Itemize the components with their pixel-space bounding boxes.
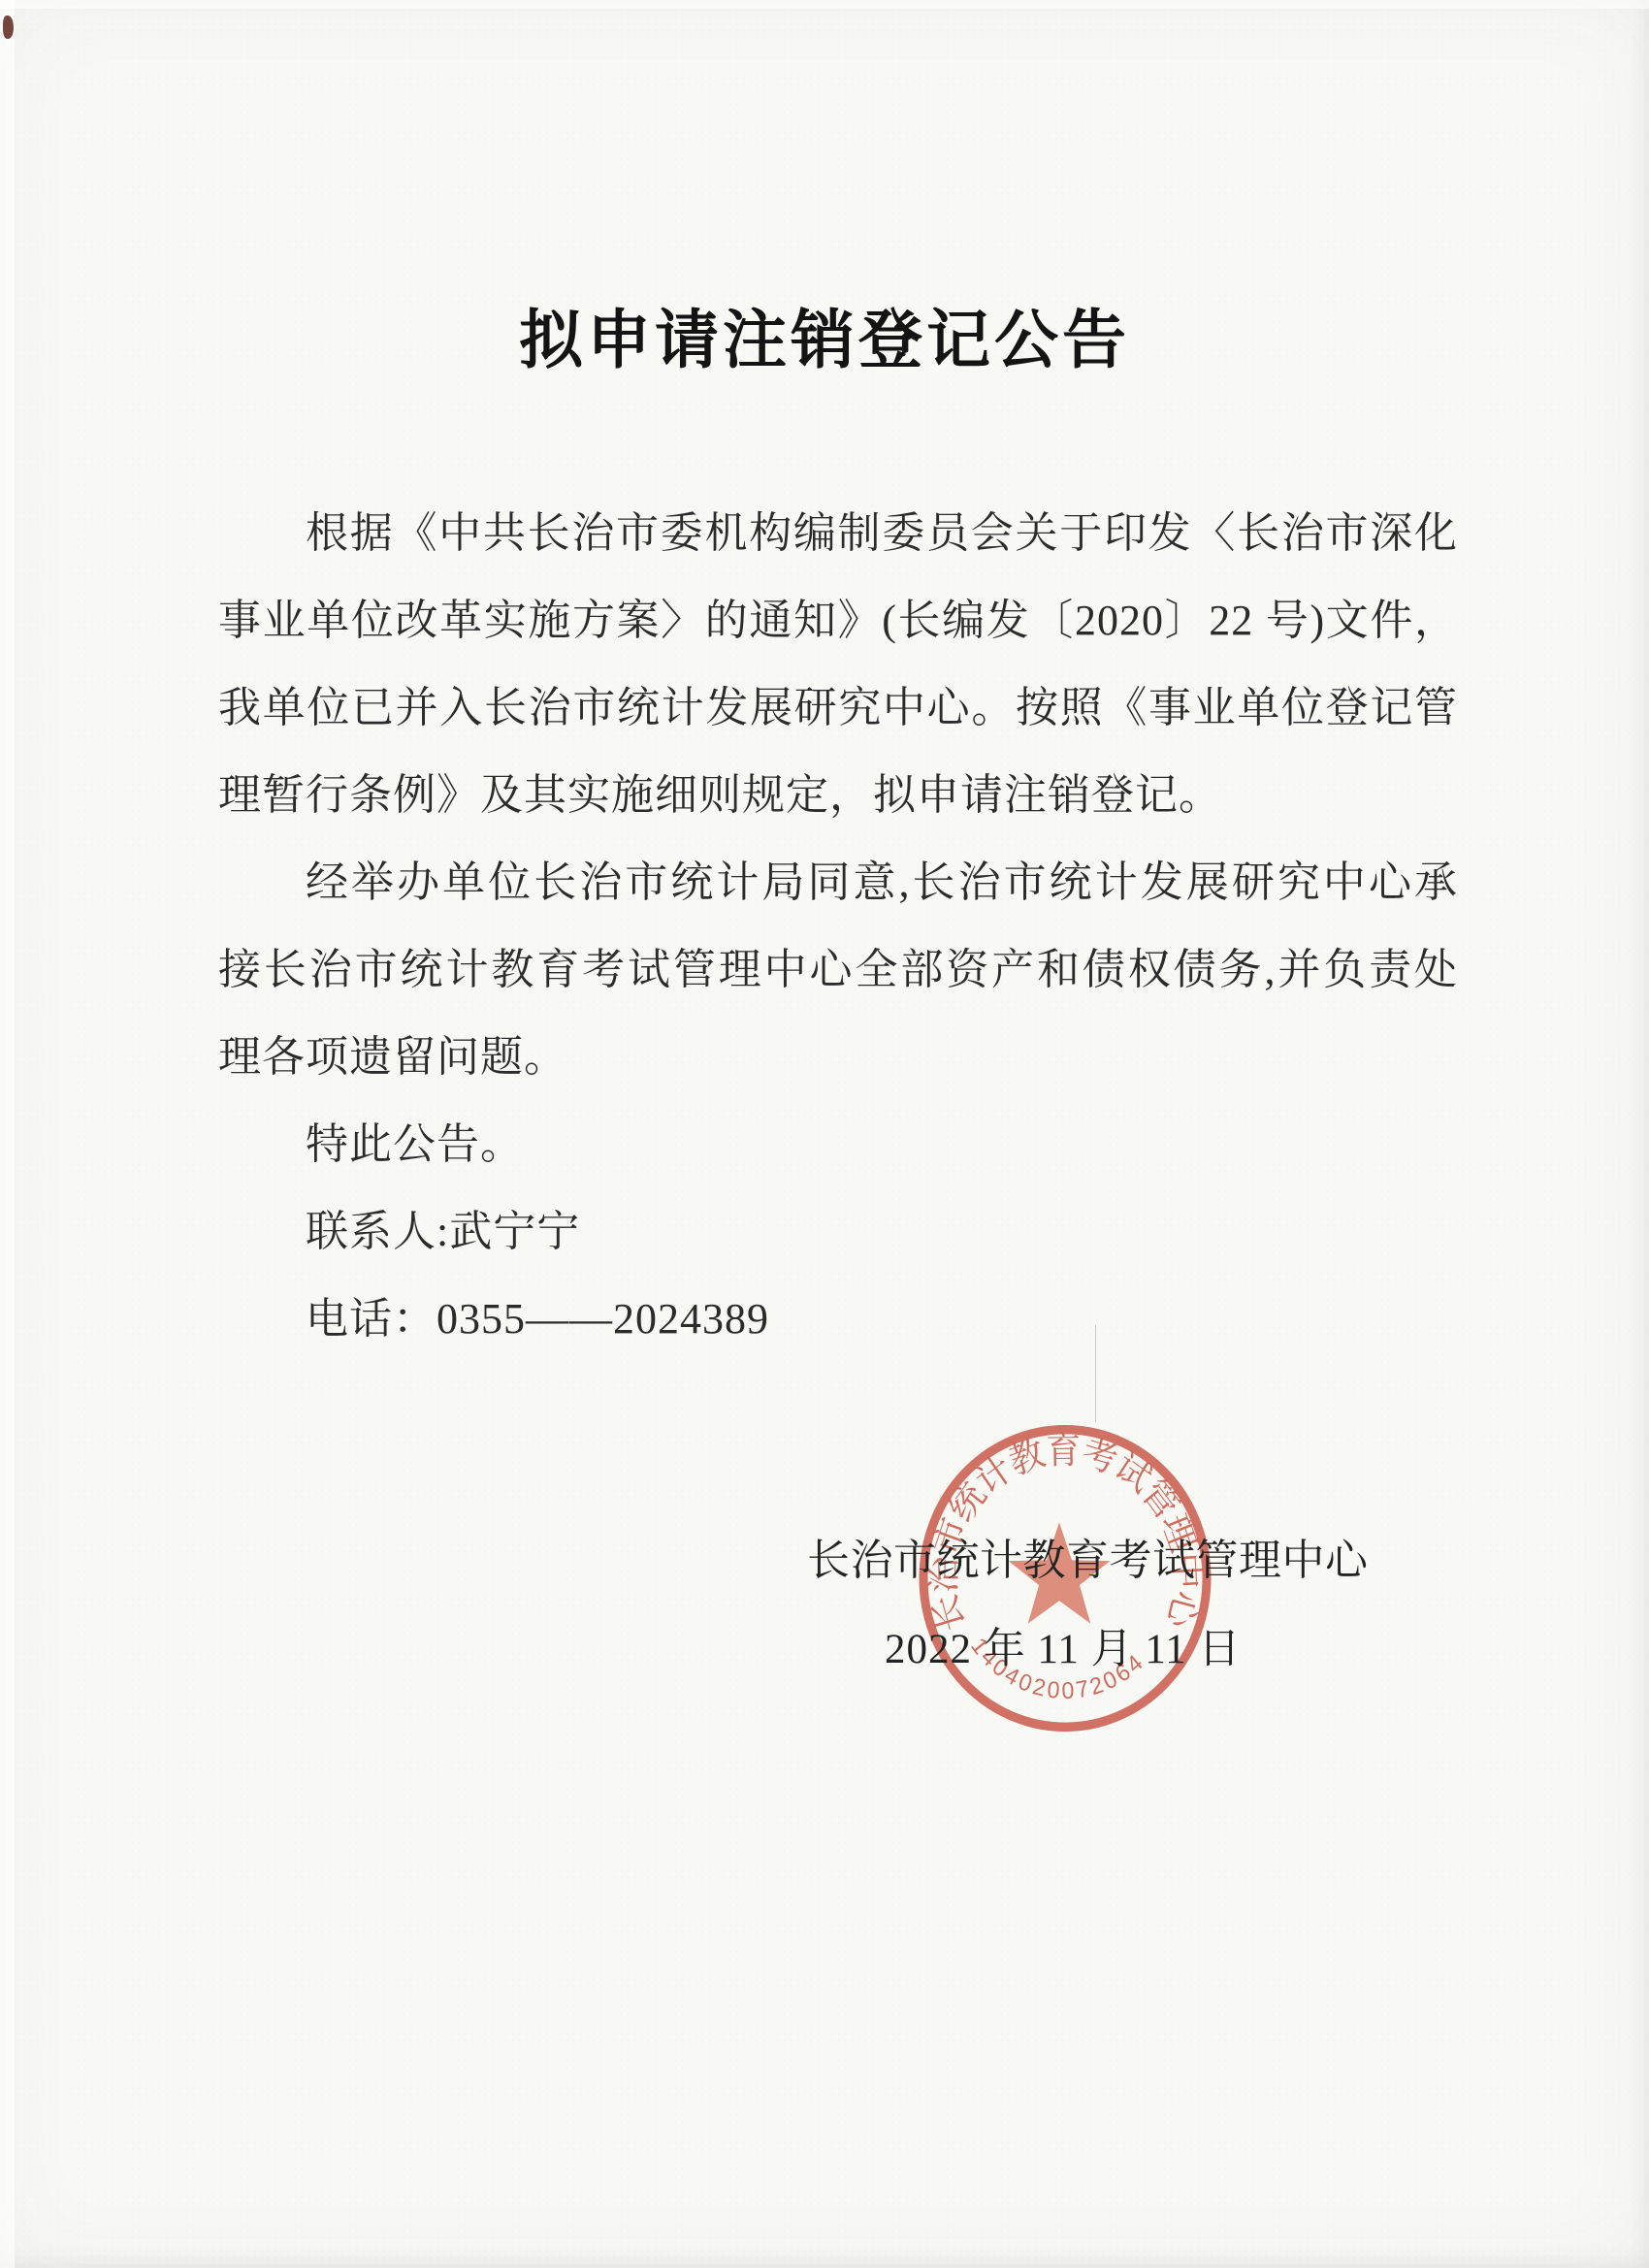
body-line: 特此公告。 [218, 1101, 1458, 1188]
document-body: 根据《中共长治市委机构编制委员会关于印发〈长治市深化 事业单位改革实施方案〉的通… [218, 490, 1458, 1363]
body-line: 接长治市统计教育考试管理中心全部资产和债权债务,并负责处 [218, 926, 1458, 1014]
body-line: 我单位已并入长治市统计发展研究中心。按照《事业单位登记管 [218, 664, 1458, 752]
body-line: 根据《中共长治市委机构编制委员会关于印发〈长治市深化 [218, 490, 1458, 577]
signature-org-name: 长治市统计教育考试管理中心 [807, 1525, 1369, 1587]
body-line: 经举办单位长治市统计局同意,长治市统计发展研究中心承 [218, 839, 1458, 926]
body-line: 理暂行条例》及其实施细则规定，拟申请注销登记。 [218, 752, 1458, 839]
scan-artifact-corner-mark [3, 16, 14, 39]
scanner-edge-top [0, 0, 1649, 9]
body-line: 事业单位改革实施方案〉的通知》(长编发〔2020〕22 号)文件， [218, 577, 1458, 664]
body-line: 联系人:武宁宁 [218, 1188, 1458, 1276]
body-line: 电话：0355——2024389 [218, 1276, 1458, 1363]
page-title: 拟申请注销登记公告 [0, 299, 1649, 380]
body-line: 理各项遗留问题。 [218, 1014, 1458, 1101]
signature-date: 2022 年 11 月 11 日 [885, 1616, 1242, 1675]
